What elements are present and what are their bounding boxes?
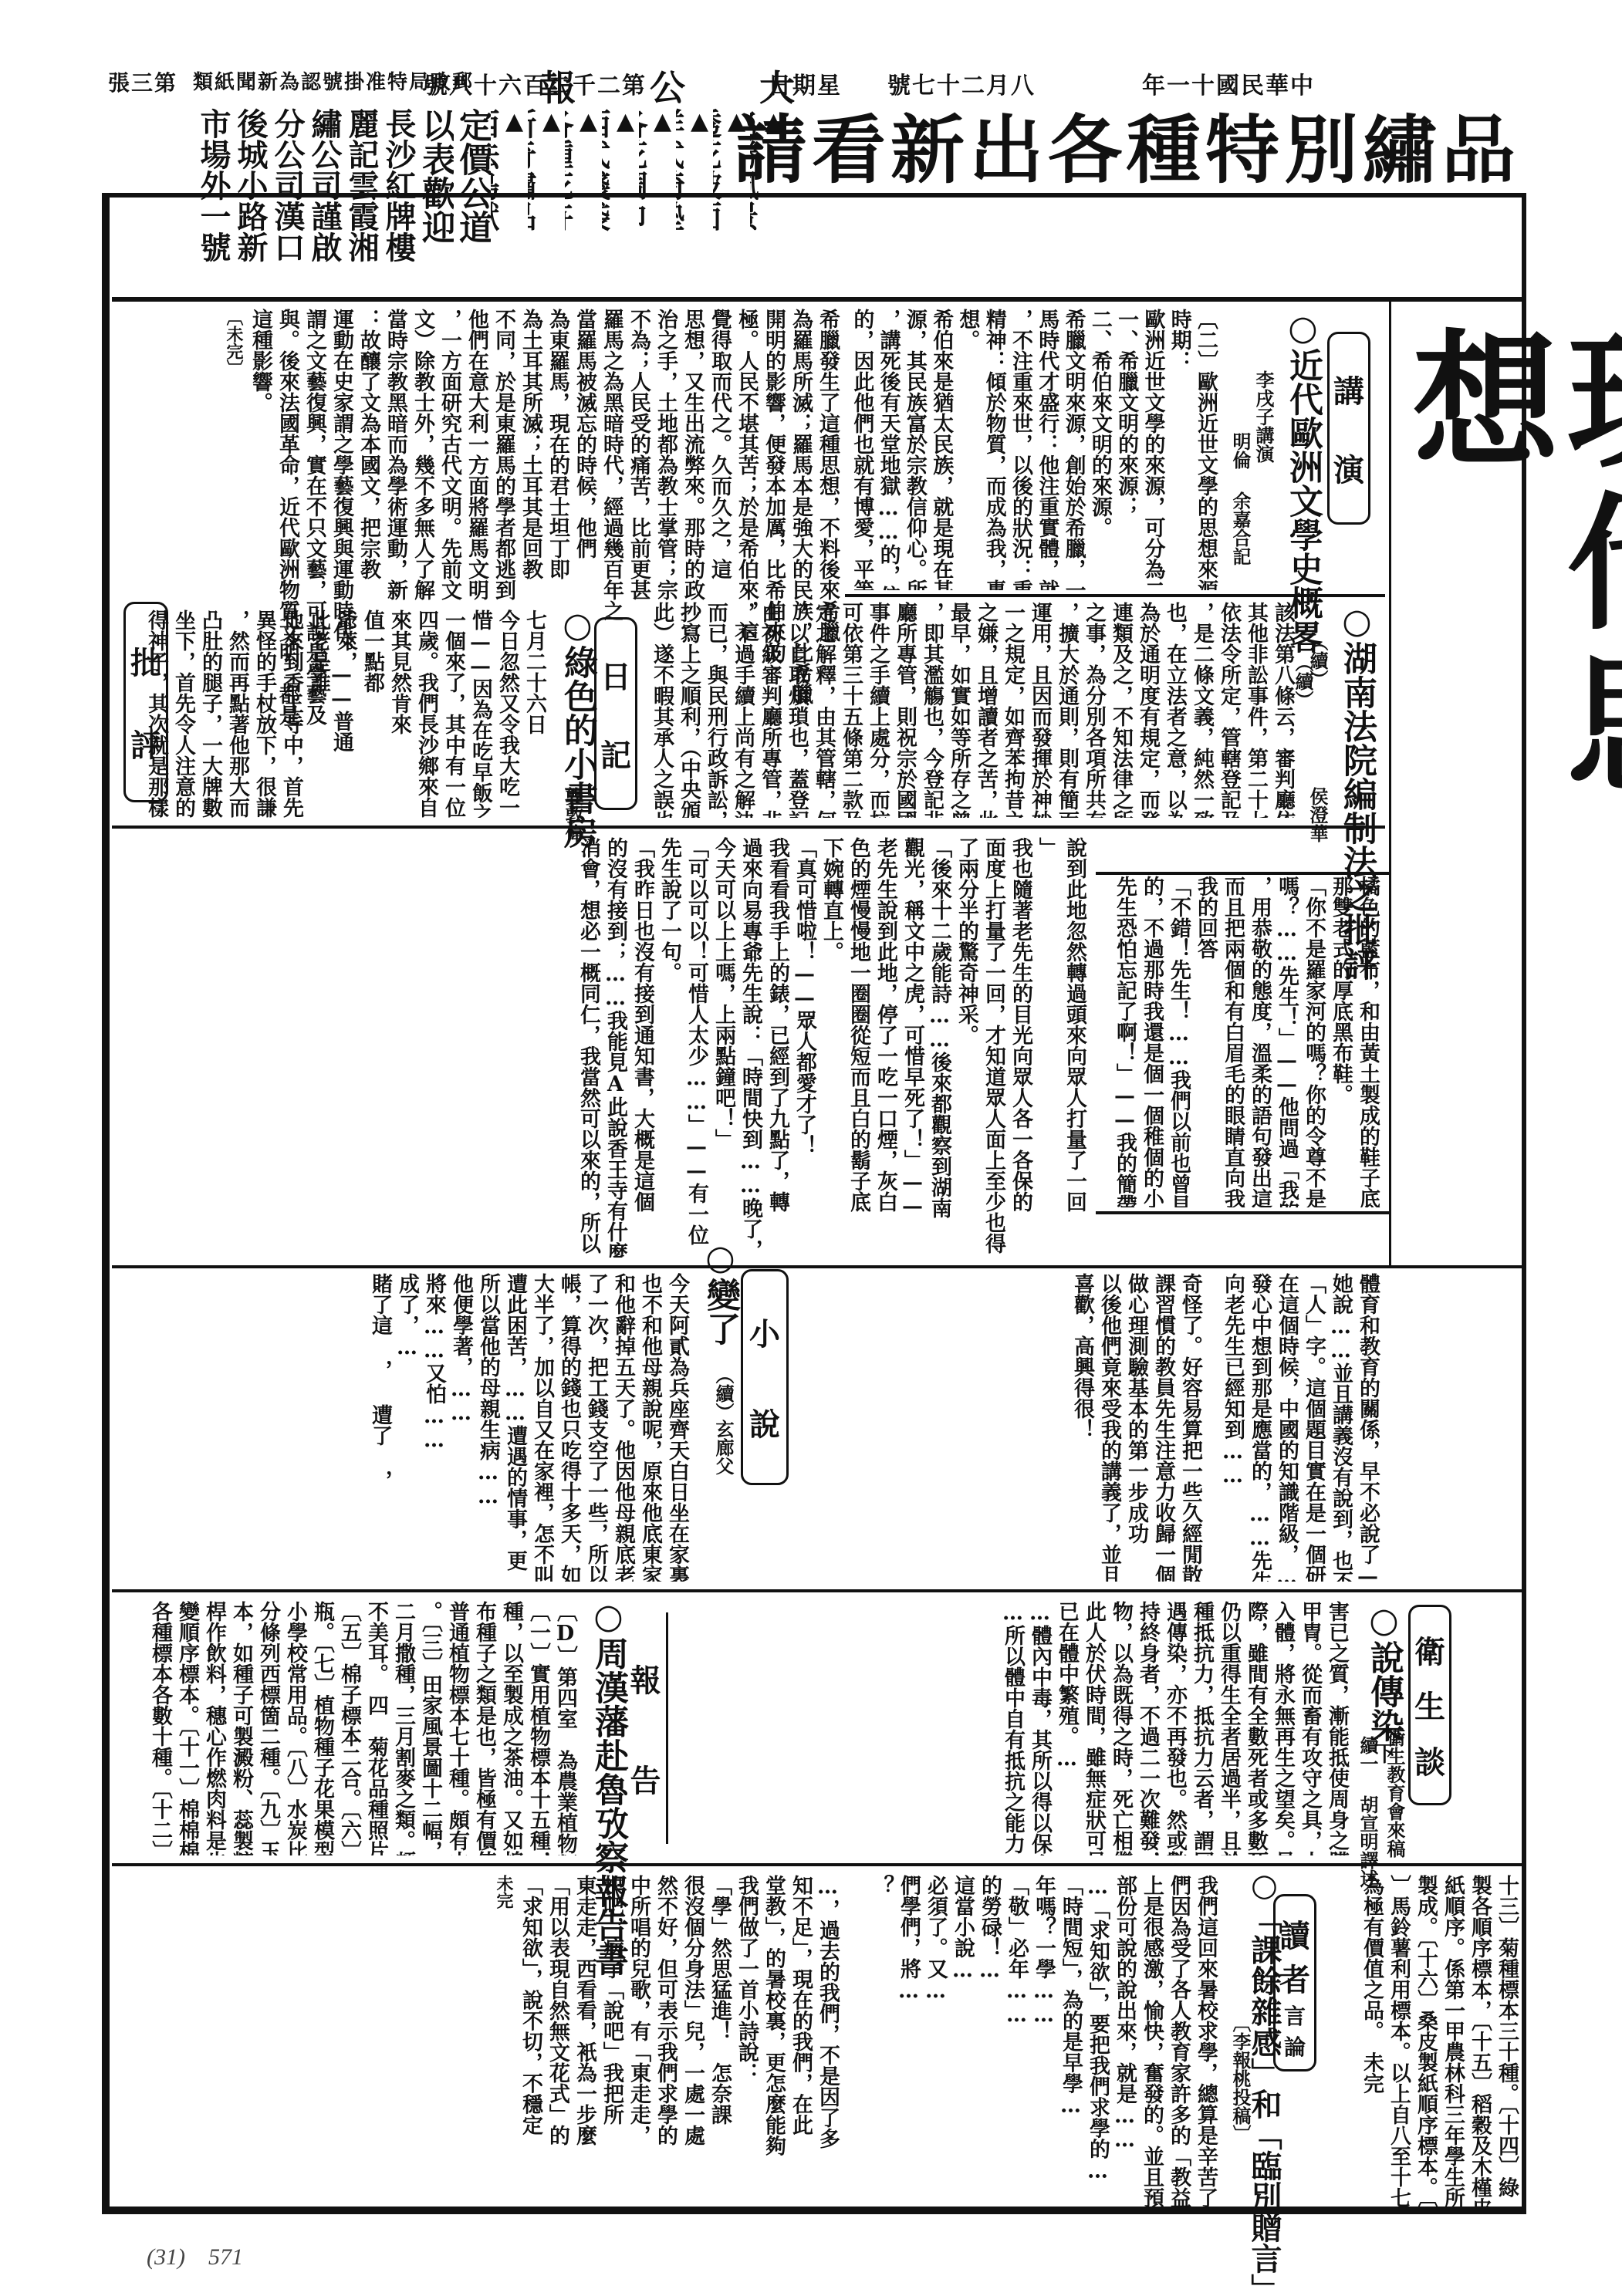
diary-byline: 龔敦偉: [559, 787, 586, 842]
text-column: 今日忽然又令我大吃一驚，並且太驚平為: [494, 609, 521, 818]
text-column: 入體，將永無再生之望矣。是以傳染險症盛行: [1269, 1601, 1296, 1855]
text-column: 」: [1034, 837, 1061, 1258]
text-column: ，不注重來世，以後的狀況：重在肉體，忽略: [1008, 309, 1034, 590]
text-column: 想。: [955, 309, 981, 590]
text-column: 我的回答: [1192, 876, 1219, 1207]
text-column: 爺萊，: [332, 609, 359, 818]
reader-continued-body: …，過去的我們，不是因了多 知不足」，現在的我們，在此 堂教」，的暑校裏，更怎麼…: [116, 1875, 841, 2207]
text-column: 的勞碌！…: [976, 1875, 1003, 2207]
text-column: 二、希伯來文明的來源。: [1087, 309, 1113, 590]
text-column: ？: [868, 1875, 895, 2207]
text-column: ，不過手續上尚有之解決，有時須賴上級: [729, 602, 756, 818]
divider: [112, 826, 1385, 829]
hygiene-body: 害已之質，漸能抵使周身之膜變厚，如武士之 甲冑。從而畜有攻守之具，人亦如之。否則…: [887, 1601, 1350, 1855]
text-column: 紙順序。係第一甲農林科三年學生所自製: [1439, 1875, 1466, 2207]
to-be-continued-mark: 未完: [490, 1875, 517, 2207]
text-column: 消會，想必一概同仁，我當然可以來的，所以: [575, 837, 602, 1258]
section-label-report: 報告: [625, 1612, 668, 1844]
text-column: 廳所專管，則祝宗於國國內是矣，如有因登記: [891, 602, 918, 818]
text-column: …所以體中自有抵抗之能力…: [999, 1601, 1026, 1855]
reader-body: 我們這回來暑校求學，總算是辛苦了！但我 們因為受了各人教育家許多的「教益」，精神…: [849, 1875, 1219, 2207]
text-column: 先生說了一句。: [656, 837, 683, 1258]
text-column: 帳，算得的錢也只吃得十多天，如今已去了一: [556, 1273, 583, 1582]
text-column: 最早，如實如等所存之曾律有淵刑名法例者: [945, 602, 972, 818]
text-column: 。〔三〕田家風景圖十二幅，如正月耕田: [417, 1601, 444, 1855]
text-column: 一之規定，如齊苯拘昔之一條會同，然有貨漿: [999, 602, 1026, 818]
text-column: 這當小說…: [949, 1875, 976, 2207]
text-column: 運用，且因而發揮於神妙，否則各條均須為同: [1026, 602, 1053, 818]
divider: [112, 1265, 1524, 1268]
text-column: 變順序標本。〔十一〕棉棉棉棉子棉纖維: [174, 1601, 201, 1855]
text-column: 該法第八條云，審判廳依法令所定管轄登記及: [1269, 602, 1296, 818]
text-column: 各種標本各數十種。〔十二〕澱粉標本十瓶: [147, 1601, 174, 1855]
divider: [112, 297, 1524, 302]
text-column: 「人」字。這個題目實在是一個研究，: [1300, 1273, 1327, 1582]
hunan-law-byline: 侯澄華: [1304, 787, 1331, 842]
section-label-story: 小說: [741, 1269, 789, 1485]
text-column: 〔一〕實用植物標本十五種，如油自山茶樹之: [525, 1601, 552, 1855]
text-column: 歐洲近世文學的來源，可分為二大派：: [1140, 309, 1166, 590]
text-column: 色的煙慢慢地一圈圈從短而且白的鬍子底: [845, 837, 872, 1258]
text-column: 嗎？……先生！」——他問過「我的姓名以後: [1273, 876, 1300, 1207]
text-column: …體內中毒，其所以得以保全生命者，因…: [1026, 1601, 1053, 1855]
text-column: 抄寫上之順利，（中央頒行之法院編制法: [675, 602, 702, 818]
text-column: 奇怪了。好容易算把一些久經閒散，遠忘了上: [1177, 1273, 1204, 1582]
text-column: 桿作飲料，穗心作燃肉料是也。〔十〕番薯塘: [201, 1601, 228, 1855]
supplement-title: 現代思想: [1397, 324, 1622, 957]
text-column: 持終身者，不過二一次難發，亦較輕耳。未完: [1134, 1601, 1161, 1855]
text-column: 必須了。又…: [922, 1875, 949, 2207]
text-column: ，然而再點著他那大而且肥的肚子，搖著他那: [224, 609, 251, 818]
text-column: 面度上打量了一回，才知道眾人面上至少也得: [980, 837, 1007, 1258]
text-column: 本，如種子可製澱粉、蕊製糖、包皮製紙。花: [228, 1601, 255, 1855]
text-column: 今天阿貳為兵座齊天白日坐在家裏，一句話: [664, 1273, 691, 1582]
text-column: 而已，與民刑行政訴訟，實有不同，立法: [702, 602, 729, 818]
text-column: 坐下，首先令人注意的就是他的逍遙自在的自: [170, 609, 197, 818]
text-column: 堂教」，的暑校裏，更怎麼能夠: [760, 1875, 787, 2207]
text-column: 「後來十二歲能詩……後來都觀察到湖南: [926, 837, 953, 1258]
dialogue-body: 橘色的藍布，和由黃土製成的鞋子底下露出來的 那雙老式的厚底黑布鞋。 「你不是羅家…: [1096, 876, 1381, 1207]
text-column: 的，不過那時我還是個一個稚個的小孩子，: [1138, 876, 1165, 1207]
text-column: 課習慣的教員先生注意力收歸一個頂點，也算: [1150, 1273, 1177, 1582]
masthead-date: 八月二十七號: [887, 66, 1036, 100]
text-column: 來其見然肯來: [386, 609, 413, 818]
masthead-republic-year: 中華民國十一年: [1142, 66, 1315, 100]
text-column: 源，其民族富於宗教信仰心。所以與希臘不同: [902, 309, 928, 590]
text-column: 「用以表現自然無文花式」的: [544, 1875, 571, 2207]
text-column: 凸肚的腿子，一大牌數在一張掌層中間的帶著: [197, 609, 224, 818]
text-column: 種，以至製成之茶油。又如棉自製成以至花: [498, 1601, 525, 1855]
text-column: 種抵抗力，抵抗力云者，謂同類之病既愈，雖: [1188, 1601, 1215, 1855]
text-column: ，講死後有天堂地獄……的，偏重精神方面: [875, 309, 901, 590]
text-column: 小學校常用品。〔八〕水炭比較標本一盒。: [282, 1601, 309, 1855]
text-column: 先生恐怕忘記了啊！」——我的簡帶的回答。: [1111, 876, 1138, 1207]
text-column: 二月撒種，三月割麥之類。頗有意趣，惜繪法: [390, 1601, 417, 1855]
text-column: 其他非訟事件，第二十七條云，初級審判廳，: [1242, 602, 1269, 818]
text-column: 〔五〕棉子標本二合。〔六〕土壤標本二十三: [336, 1601, 363, 1855]
text-column: 「求知欲」，說不切，不穩定: [517, 1875, 544, 2207]
text-column: 說到此地忽然轉過頭來向眾人打量了一回: [1061, 837, 1088, 1258]
text-column: 甲冑。從而畜有攻守之具，人亦如之。否則病: [1296, 1601, 1323, 1855]
text-column: 也，在立法者之意，以為民刑訴訟行政訴訟，: [1161, 602, 1188, 818]
text-column: …「求知欲」，要把我們求學的…: [1084, 1875, 1111, 2207]
text-column: 製成。〔十六〕桑皮製紙順序標本。〔十七: [1412, 1875, 1439, 2207]
text-column: 為極有價值之品。 未完: [1358, 1875, 1385, 2207]
text-column: 們因為受了各人教育家許多的「教益」，精神: [1165, 1875, 1192, 2207]
text-column: 四歲。我們長沙鄉來自大，不肯下人，以此老: [413, 609, 440, 818]
text-column: 知不足」，現在的我們，在此: [787, 1875, 814, 2207]
text-column: 賭了這 ， 遭了 ，: [367, 1273, 394, 1582]
story-right-body: 奇怪了。好容易算把一些久經閒散，遠忘了上 課習慣的教員先生注意力收歸一個頂點，也…: [880, 1273, 1204, 1582]
text-column: 一個來了，其中有一位老者，年紀然有六十: [440, 609, 467, 818]
text-column: ，以自取煩瑣也，蓋登記非訟事件之本體，均: [783, 602, 810, 818]
text-column: 遭此困苦，……遭遇的情事，更: [502, 1273, 529, 1582]
text-column: 〔D〕第四室 為農業植物類: [552, 1601, 579, 1855]
text-column: 由初級審判廳所專管，非上級法院所得而攙奪: [756, 602, 783, 818]
text-column: 定之解釋，由其管轄，何必於通則內多訂一條: [810, 602, 837, 818]
hunan-law-cont-mark: （續）: [1304, 633, 1331, 688]
report-title: ○周漢藩赴魯攷察報告書: [586, 1597, 630, 1859]
lecture-byline: 明倫 余嘉合記: [1227, 432, 1254, 566]
text-column: 異怪的手杖放下，很謙恭地向先來者一一點頭: [251, 609, 278, 818]
text-column: 下婉轉直上。: [818, 837, 845, 1258]
text-column: 了一次，把工錢支空了一些，所以如今就算了: [583, 1273, 610, 1582]
text-column: 所以當他的母親生病……: [475, 1273, 502, 1582]
page-number: (31) 571: [147, 2237, 243, 2271]
text-column: 她說……並且講義沒有說到，也不必……: [1327, 1273, 1354, 1582]
text-column: 值一點都: [359, 609, 386, 818]
text-column: 此人於伏時間，雖無症狀可見，然病菌: [1080, 1601, 1107, 1855]
text-column: 害已之質，漸能抵使周身之膜變厚，如武士之: [1323, 1601, 1350, 1855]
text-column: 向老先生已經知到……: [1219, 1273, 1246, 1582]
text-column: 時期：: [1166, 309, 1192, 590]
text-column: 東走走，西看看，衹為一步麼: [571, 1875, 598, 2207]
text-column: 「我昨日也沒有接到通知書，大概是這個: [629, 837, 656, 1258]
lecture-byline: 李戌子講演: [1250, 370, 1277, 463]
text-column: 已在體中繁殖。…: [1053, 1601, 1080, 1855]
masthead-postal-note: 郵政局特准掛號認為新聞紙類: [193, 66, 474, 100]
text-column: 惜——因為在吃早飯之後，藹藹的都慢慢地一個: [467, 609, 494, 818]
text-column: 精神：傾於物質，而成為我，專橫，掠奪的思: [981, 309, 1007, 590]
text-column: 布種子之類是也，皆極有價值之標本。〔二〕: [471, 1601, 498, 1855]
text-column: 此老是誰: [305, 609, 332, 818]
specimens-continued-body: 十三〕菊種標本三十種。〔十四〕綠 製各順序標本，〔十五〕稻穀及木槿皮製 紙順序。…: [1312, 1875, 1520, 2207]
text-column: 也不和他母親說呢，原來他底東家活閻王已經: [637, 1273, 664, 1582]
text-column: 快吧，病了「說吧」我把所: [598, 1875, 625, 2207]
text-column: ，是二條文義，純然一致，又何必必設一條為: [1188, 602, 1215, 818]
text-column: 「可以可以！可惜人太少……」——有一位: [683, 837, 710, 1258]
text-column: 「不錯！先生！……我們以前也曾見過: [1165, 876, 1192, 1207]
text-column: 仍以重得生全者居過半，且於既愈之後，各具: [1215, 1601, 1242, 1855]
text-column: 可依第三十五條第二款及第四十四條第二款規: [837, 602, 864, 818]
hygiene-byline: 續一 胡宣明譯述: [1354, 1736, 1381, 1888]
advert-headline: 請看新出各種特別繡品: [795, 108, 1520, 193]
text-column: 橘色的藍布，和由黃土製成的鞋子底下露出來的: [1354, 876, 1381, 1207]
text-column: 今天可以上上嗎，上兩點鐘吧！」: [710, 837, 737, 1258]
text-column: 我也隨著老先生的目光向眾人各一各保的: [1007, 837, 1034, 1258]
text-column: 〕馬鈴薯利用標本。以上自八至十七均: [1385, 1875, 1412, 2207]
story-byline: 玄廊父: [710, 1420, 737, 1475]
text-column: 過來向易專爺先生說：「時間快到……晚了，: [737, 837, 764, 1258]
text-column: 將來……又怕……: [421, 1273, 448, 1582]
text-column: 「你不是羅家河的嗎？你的令尊不是行七: [1300, 876, 1327, 1207]
text-column: 而且把兩個和有白眉毛的眼睛直向我望著，待: [1219, 876, 1246, 1207]
section-label-hygiene: 衛生談: [1408, 1605, 1451, 1805]
text-column: 的，因此他們也就有博愛，平等……的思想，: [849, 309, 875, 590]
text-column: 我看看我手上的錶，已經到了九點了，轉: [764, 837, 791, 1258]
text-column: 老先生說到此地，停了一吃一口煙，灰白: [872, 837, 899, 1258]
text-column: 中所唱的兒歌，有「東走走，: [625, 1875, 652, 2207]
divider: [112, 1863, 1524, 1866]
text-column: 此）遂不暇其承人之誤也，此其謬處五也: [648, 602, 675, 818]
text-column: 十三〕菊種標本三十種。〔十四〕綠: [1493, 1875, 1520, 2207]
story-cont-mark: （續）: [710, 1366, 737, 1421]
text-column: 他來到香王寺中，首先把他自己特製奇古: [278, 609, 305, 818]
diary-continued-body: 說到此地忽然轉過頭來向眾人打量了一回 」 我也隨著老先生的目光向眾人各一各保的 …: [116, 837, 1088, 1258]
divider: [1096, 1211, 1389, 1214]
text-column: 我們做了一首小詩說：: [733, 1875, 760, 2207]
text-column: ，擴大於通則，則有簡而意賅，而分別各章之: [1053, 602, 1080, 818]
text-column: 連類及之，不知法律之所以設施者，以一定: [1107, 602, 1134, 818]
text-column: 體育和教育的關係，早不必說了——: [1354, 1273, 1381, 1582]
section-label-diary: 日記: [594, 617, 637, 810]
story-body: 今天阿貳為兵座齊天白日坐在家裏，一句話 也不和他母親說呢，原來他底東家活閻王已經…: [116, 1273, 691, 1582]
text-column: 馬時代才盛行：他注重實體，就是只注重本世: [1034, 309, 1060, 590]
text-column: 部份可說的說出來，就是……: [1111, 1875, 1138, 2207]
text-column: 觀光，稱文中之虎，可惜早死了！」——: [899, 837, 926, 1258]
text-column: 發心中想到那是應當的，……先生也到……: [1246, 1273, 1273, 1582]
text-column: 和他辭掉五天了。他因他母親底老病不久又發: [610, 1273, 637, 1582]
text-column: 瓶。〔七〕植物種子花果模型二十餘種。係: [309, 1601, 336, 1855]
masthead-sheet: 第三張: [108, 66, 177, 100]
text-column: 年嗎？一學……: [1030, 1875, 1057, 2207]
text-column: 製各順序標本，〔十五〕稻穀及木槿皮製: [1466, 1875, 1493, 2207]
text-column: 際，雖間有全數死者或多數死者，然平均而論: [1242, 1601, 1269, 1855]
lecture-body: 〔二〕歐洲近世文學的思想來源及其變遷之 時期： 歐洲近世文學的來源，可分為二大派…: [849, 309, 1219, 590]
sports-body: 體育和教育的關係，早不必說了—— 她說……並且講義沒有說到，也不必…… 「人」字…: [1219, 1273, 1381, 1582]
text-column: 以後他們竟來受我的講義了，並且都非常: [1096, 1273, 1123, 1582]
hygiene-byline: 衛生教育會來稿: [1381, 1728, 1408, 1858]
text-column: 「時間短」，為的是早學…: [1057, 1875, 1084, 2207]
text-column: 成了，…: [394, 1273, 421, 1582]
text-column: 然不好，但可表示我們求學的: [652, 1875, 679, 2207]
text-column: 那雙老式的厚底黑布鞋。: [1327, 876, 1354, 1207]
text-column: 〔二〕歐洲近世文學的思想來源及其變遷之: [1193, 309, 1219, 590]
report-body: 〔D〕第四室 為農業植物類 〔一〕實用植物標本十五種，如油自山茶樹之 種，以至製…: [116, 1601, 579, 1855]
text-column: 分條列西標箇二種。〔九〕玉蜀黍利用標: [255, 1601, 282, 1855]
text-column: 「敬」必年……: [1003, 1875, 1030, 2207]
text-column: 七月二十六日: [521, 609, 548, 818]
text-column: …，過去的我們，不是因了多: [814, 1875, 841, 2207]
diary-body: 七月二十六日 今日忽然又令我大吃一驚，並且太驚平為 惜——因為在吃早飯之後，藹藹…: [116, 609, 548, 818]
reader-byline: 〔李報桃投稿〕: [1227, 2014, 1254, 2143]
text-column: 們學們，將…: [895, 1875, 922, 2207]
lecture-title: ○近代歐洲文學史概畧（續）: [1281, 309, 1324, 594]
text-column: 他便學著，……: [448, 1273, 475, 1582]
text-column: 大半了，加以自又在家裡，怎不叫他著急呢且: [529, 1273, 556, 1582]
divider: [112, 1589, 1524, 1592]
text-column: 得神子，其次就是那樣由肚臍底下拖過來的淺: [143, 609, 170, 818]
text-column: 之事，為分別各項所共有，且互有密切之關係: [1080, 602, 1107, 818]
text-column: 希臘文明來源，創始於希臘，一直傳到羅: [1060, 309, 1086, 590]
text-column: 了兩分半的驚奇神采。: [953, 837, 980, 1258]
text-column: 的沒有接到；……我能見A此說香王寺有什麼: [602, 837, 629, 1258]
text-column: 「學」然思猛進！ 怎奈課: [706, 1875, 733, 2207]
text-column: 之嫌，且增讀者之苦，此等辦法，在我國發達: [972, 602, 999, 818]
text-column: 依法令所定，管轄登記及其他非訟事件: [1215, 602, 1242, 818]
text-column: 在這個時候，中國的知識階級，……我們先: [1273, 1273, 1300, 1582]
text-column: 喜歡，高興得很！: [1069, 1273, 1096, 1582]
text-column: 為於通明度有規定，而登記非訟事件，不可不: [1134, 602, 1161, 818]
text-column: 物，以為既得之時，死亡相繼，乃以一…: [1107, 1601, 1134, 1855]
text-column: 上是很感激，愉快，奮發的。並且預備若把一: [1138, 1875, 1165, 2207]
text-column: 遇傳染，亦不再發也。然或數月或數年鮮有能: [1161, 1601, 1188, 1855]
text-column: 做心理測驗基本的第一步成功: [1123, 1273, 1150, 1582]
text-column: 事件之手續上處分，而抗告於上級法院者，自: [864, 602, 891, 818]
text-column: ，用恭敬的態度，溫柔的語句發出這個詢問，: [1246, 876, 1273, 1207]
text-column: 「真可惜啦！——眾人都愛才了！: [791, 837, 818, 1258]
text-column: 很沒個分身法」兒，一處一處: [679, 1875, 706, 2207]
text-column: 普通植物標本七十種。頗有由蝕不甚佳: [444, 1601, 471, 1855]
text-column: 一、希臘文明的來源；: [1113, 309, 1140, 590]
text-column: 我們這回來暑校求學，總算是辛苦了！但我: [1192, 1875, 1219, 2207]
text-column: 不美耳。 四 菊花品種照片三十一張，: [363, 1601, 390, 1855]
section-label-lecture: 講演: [1327, 332, 1370, 525]
text-column: ，即其濫觴也，今登記非訟事件，既由初級審判: [918, 602, 945, 818]
text-column: 希伯來是猶太民族，就是現在基督教的來: [928, 309, 955, 590]
